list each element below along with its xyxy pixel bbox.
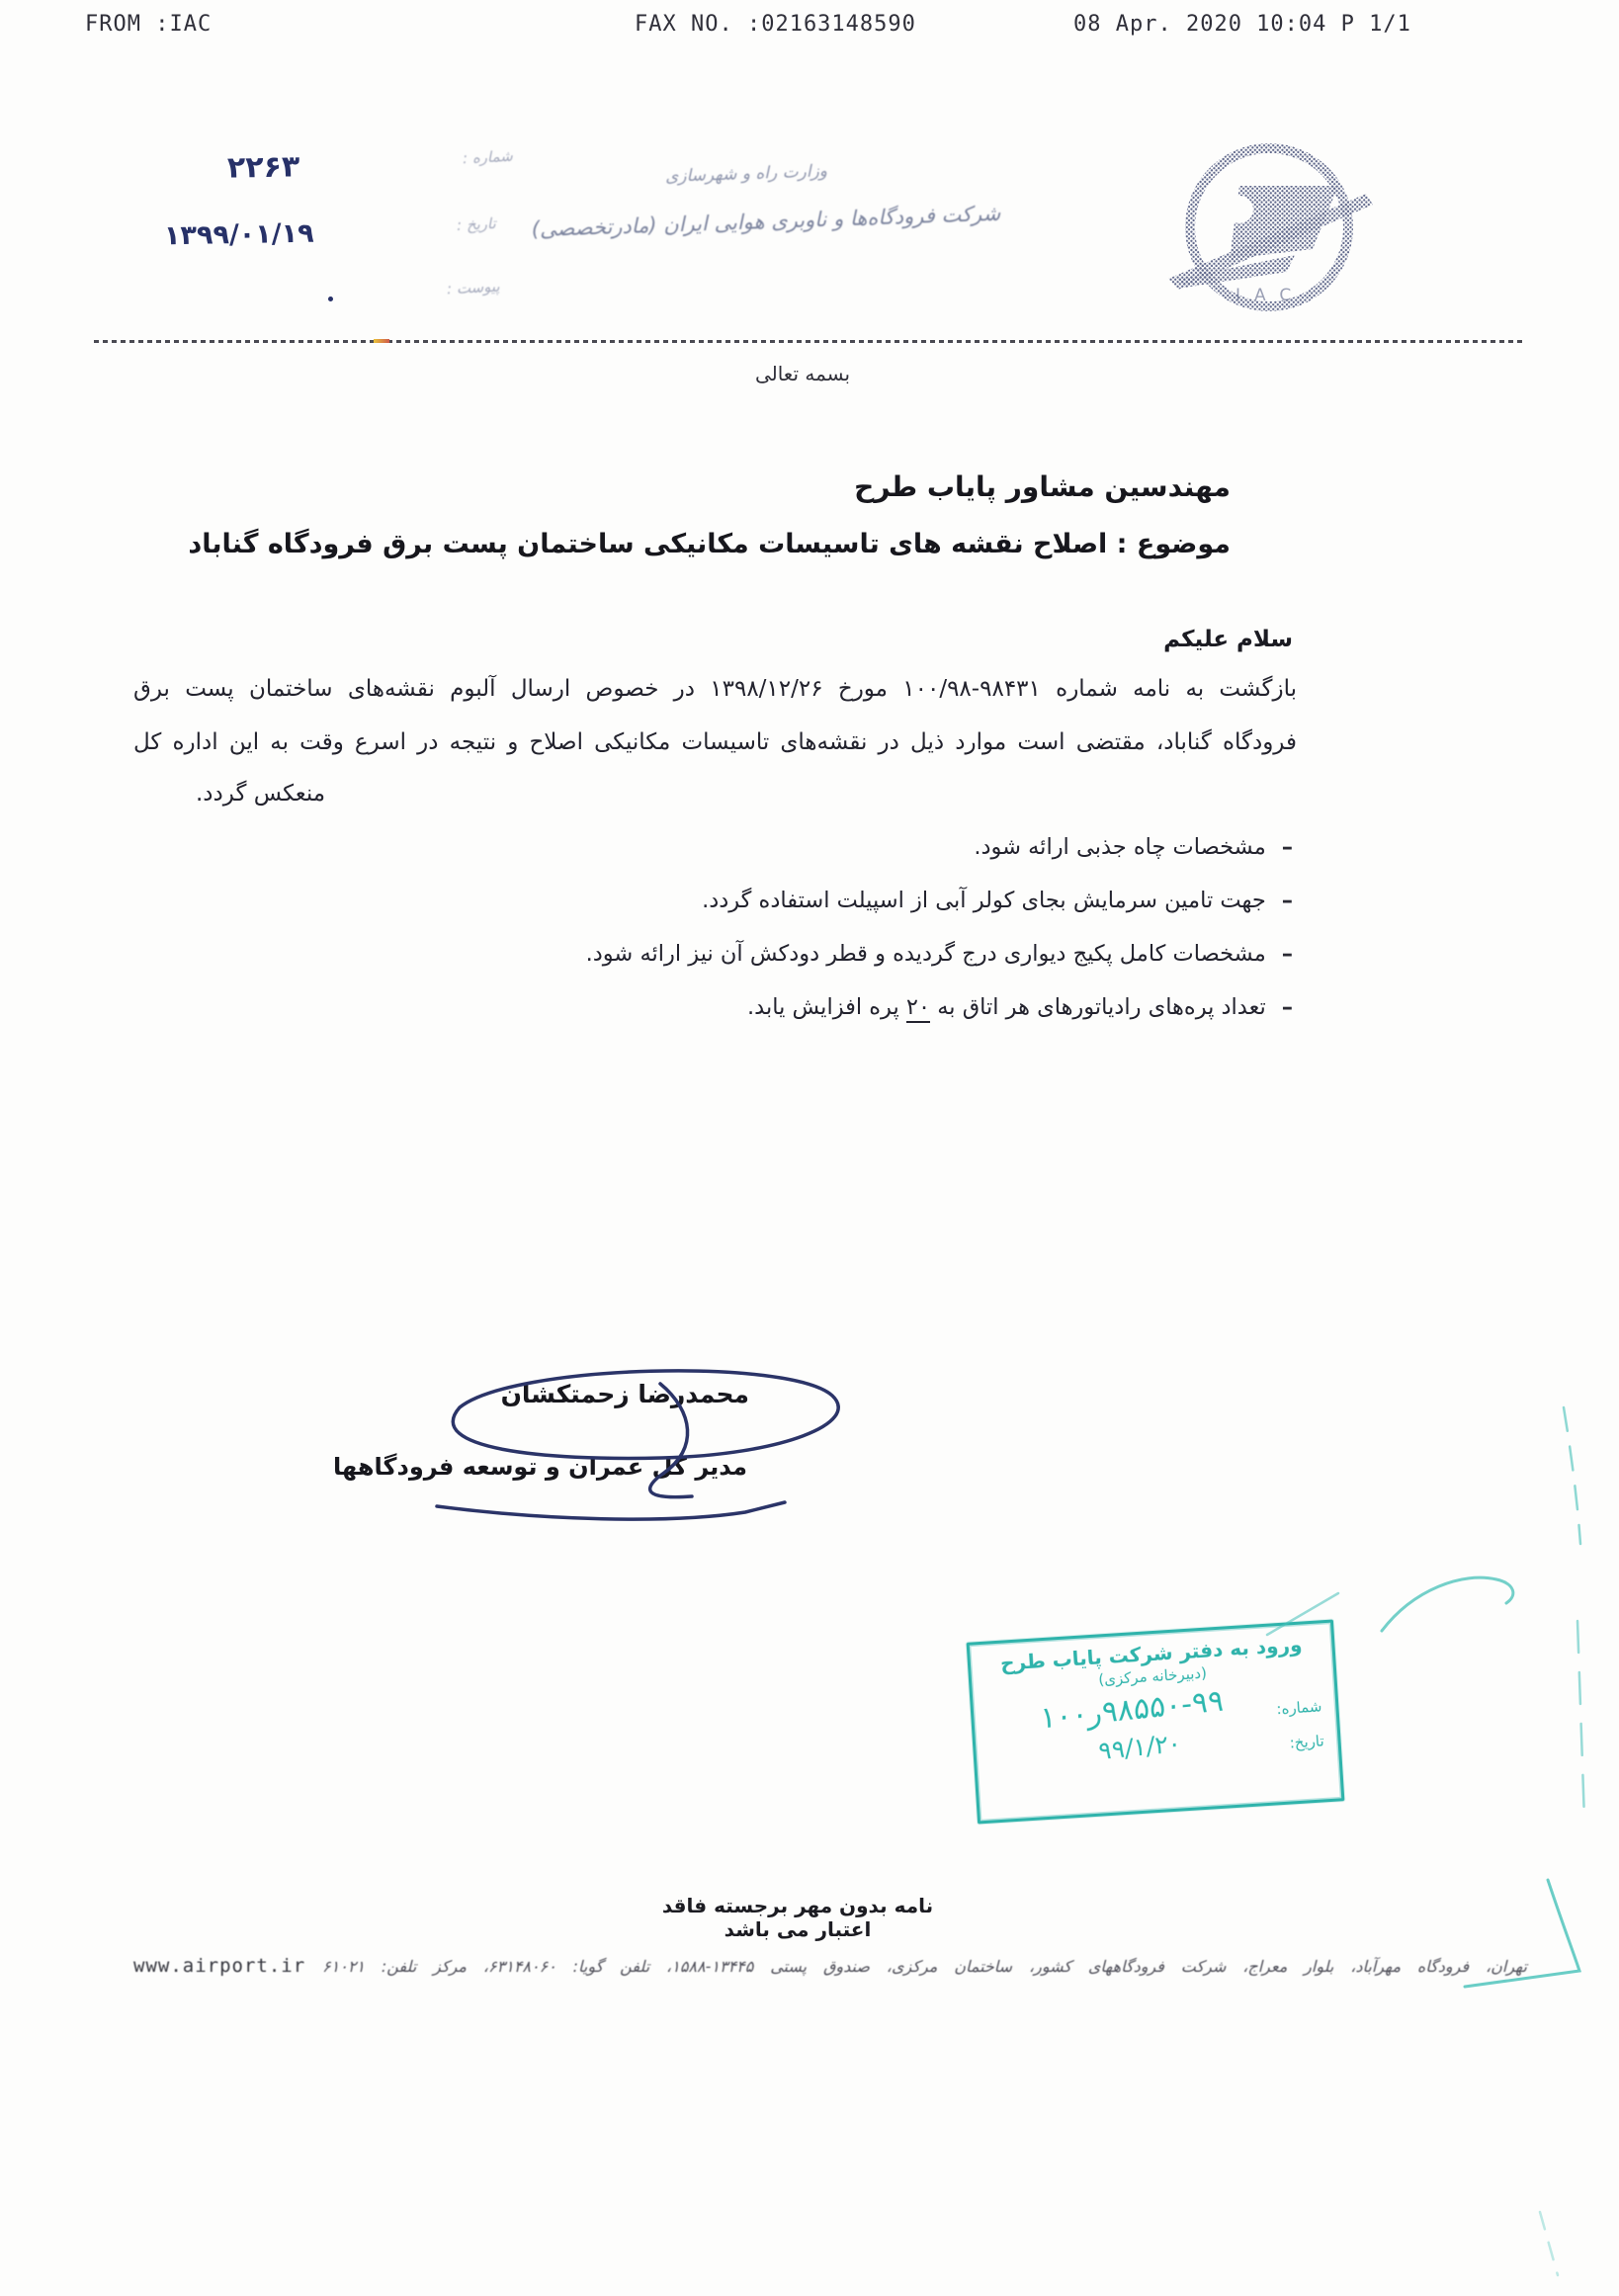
entry-stamp: ورود به دفتر شرکت پایاب طرح (دبیرخانه مر… (967, 1620, 1345, 1825)
recipient-line: مهندسین مشاور پایاب طرح (854, 470, 1231, 503)
fax-from: FROM :IAC (85, 12, 212, 37)
bullet-item: – مشخصات چاه جذبی ارائه شود. (586, 832, 1293, 863)
pen-stroke (1382, 1577, 1513, 1631)
ministry-name: وزارت راه و شهرسازی (578, 158, 914, 190)
besmele-line: بسمه تعالی (684, 362, 921, 385)
bullet-list: – مشخصات چاه جذبی ارائه شود. – جهت تامین… (586, 832, 1293, 1046)
bullet-dash-icon: – (1282, 832, 1293, 863)
company-name: شرکت فرودگاه‌ها و ناوبری هوایی ایران (ما… (499, 201, 1034, 243)
bullet-text-suffix: پره افزایش یابد. (747, 994, 906, 1020)
bullet-text: مشخصات کامل پکیج دیواری درج گردیده و قطر… (586, 939, 1266, 970)
bullet-item: – تعداد پره‌های رادیاتورهای هر اتاق به ۲… (586, 992, 1293, 1023)
pen-stroke (1564, 1407, 1580, 1544)
scan-color-artifact (374, 339, 389, 343)
pen-marks (0, 0, 1619, 2296)
bullet-text-prefix: تعداد پره‌های رادیاتورهای هر اتاق به (930, 994, 1266, 1020)
website-url: www.airport.ir (133, 1955, 305, 1977)
body-line-1: بازگشت به نامه شماره ۹۸۴۳۱-۱۰۰/۹۸ مورخ ۱… (133, 676, 1297, 702)
bullet-item: – جهت تامین سرمایش بجای کولر آبی از اسپی… (586, 886, 1293, 916)
bullet-dash-icon: – (1282, 992, 1293, 1023)
handwritten-letter-date: ۱۳۹۹/۰۱/۱۹ (164, 218, 314, 252)
pen-stroke (1577, 1621, 1584, 1821)
letterhead-date-label: تاریخ : (457, 214, 497, 234)
bullet-dash-icon: – (1282, 886, 1293, 916)
bullet-text: مشخصات چاه جذبی ارائه شود. (974, 832, 1265, 863)
pen-dot (328, 297, 333, 301)
fax-page-info: 08 Apr. 2020 10:04 P 1/1 (1073, 12, 1411, 37)
stamp-number-label: شماره: (1276, 1697, 1322, 1718)
bullet-text: تعداد پره‌های رادیاتورهای هر اتاق به ۲۰ … (747, 992, 1266, 1023)
letterhead-number-label: شماره : (463, 147, 514, 168)
underlined-count: ۲۰ (906, 994, 930, 1023)
salutation: سلام علیکم (1163, 627, 1293, 652)
body-line-2: فرودگاه گناباد، مقتضی است موارد ذیل در ن… (133, 729, 1297, 755)
scanned-letter-page: FROM :IAC FAX NO. :02163148590 08 Apr. 2… (0, 0, 1619, 2296)
bullet-dash-icon: – (1282, 939, 1293, 970)
subject-line: موضوع : اصلاح نقشه های تاسیسات مکانیکی س… (188, 529, 1231, 559)
bullet-item: – مشخصات کامل پکیج دیواری درج گردیده و ق… (586, 939, 1293, 970)
stamp-date-label: تاریخ: (1289, 1732, 1324, 1751)
handwritten-letter-number: ۲۲۶۳ (227, 149, 300, 185)
footer-address-text: تهران، فرودگاه مهرآباد، بلوار معراج، شرک… (322, 1957, 1527, 1976)
separator-rule (94, 340, 1525, 343)
iac-logo-icon: IAC (1145, 130, 1394, 324)
letterhead-attachment-label: پیوست : (447, 278, 500, 298)
iac-logo-letters: IAC (1236, 286, 1305, 305)
fax-number: FAX NO. :02163148590 (635, 12, 916, 37)
footer-address-line: تهران، فرودگاه مهرآباد، بلوار معراج، شرک… (133, 1955, 1527, 1977)
body-line-3: منعکس گردد. (196, 781, 325, 807)
bullet-text: جهت تامین سرمایش بجای کولر آبی از اسپیلت… (702, 886, 1266, 916)
validity-notice: نامه بدون مهر برجسته فاقد اعتبار می باشد (635, 1894, 961, 1941)
signature-scribble-icon (366, 1346, 880, 1544)
pen-stroke (1540, 2212, 1558, 2275)
